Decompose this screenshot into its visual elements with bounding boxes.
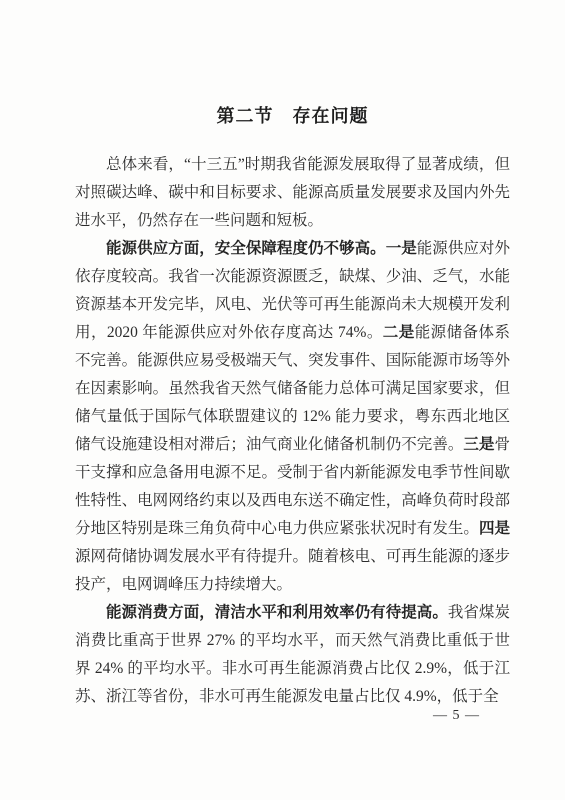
- text-segment-marker-third: 三是: [463, 436, 494, 453]
- paragraph-energy-consumption: 能源消费方面，清洁水平和利用效率仍有待提高。我省煤炭消费比重高于世界 27% 的…: [75, 599, 510, 711]
- text-segment: 能源储备体系不完善。能源供应易受极端天气、突发事件、国际能源市场等外在因素影响。…: [75, 324, 510, 453]
- text-segment-lead-bold: 能源消费方面，清洁水平和利用效率仍有待提高。: [106, 604, 448, 621]
- paragraph-energy-supply: 能源供应方面，安全保障程度仍不够高。一是能源供应对外依存度较高。我省一次能源资源…: [75, 235, 510, 599]
- text-segment-lead-bold: 能源供应方面，安全保障程度仍不够高。: [106, 240, 386, 257]
- text-segment: 总体来看，“十三五”时期我省能源发展取得了显著成绩，但对照碳达峰、碳中和目标要求…: [75, 156, 510, 229]
- text-segment-marker-first: 一是: [386, 240, 417, 257]
- page-number: — 5 —: [433, 706, 480, 726]
- document-page: 第二节 存在问题 总体来看，“十三五”时期我省能源发展取得了显著成绩，但对照碳达…: [0, 0, 565, 800]
- text-segment-marker-second: 二是: [383, 324, 415, 341]
- section-title: 第二节 存在问题: [75, 103, 510, 129]
- text-segment-marker-fourth: 四是: [479, 520, 510, 537]
- page-content: 第二节 存在问题 总体来看，“十三五”时期我省能源发展取得了显著成绩，但对照碳达…: [75, 103, 510, 711]
- text-segment: 源网荷储协调发展水平有待提升。随着核电、可再生能源的逐步投产，电网调峰压力持续增…: [75, 548, 510, 593]
- paragraph-overview: 总体来看，“十三五”时期我省能源发展取得了显著成绩，但对照碳达峰、碳中和目标要求…: [75, 151, 510, 235]
